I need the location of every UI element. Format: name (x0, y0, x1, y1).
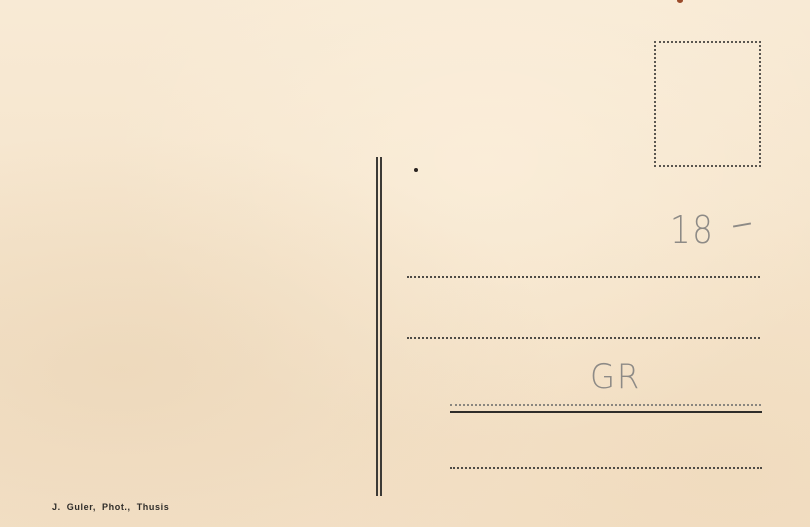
address-line-1 (407, 276, 760, 278)
publisher-imprint: J. Guler, Phot., Thusis (52, 502, 169, 512)
postcard-back: 18 GR J. Guler, Phot., Thusis (0, 0, 810, 527)
address-line-2 (407, 337, 760, 339)
handwritten-region-code: GR (590, 357, 641, 397)
address-line-4 (450, 467, 762, 469)
ink-speck (414, 168, 418, 172)
address-line-3-underline (450, 411, 762, 413)
stamp-placement-box (654, 41, 761, 167)
center-divider-double-line (376, 157, 378, 496)
handwritten-price-dash (733, 222, 751, 227)
stain-mark (677, 0, 683, 3)
address-line-3 (450, 404, 761, 406)
handwritten-price: 18 (670, 208, 715, 252)
